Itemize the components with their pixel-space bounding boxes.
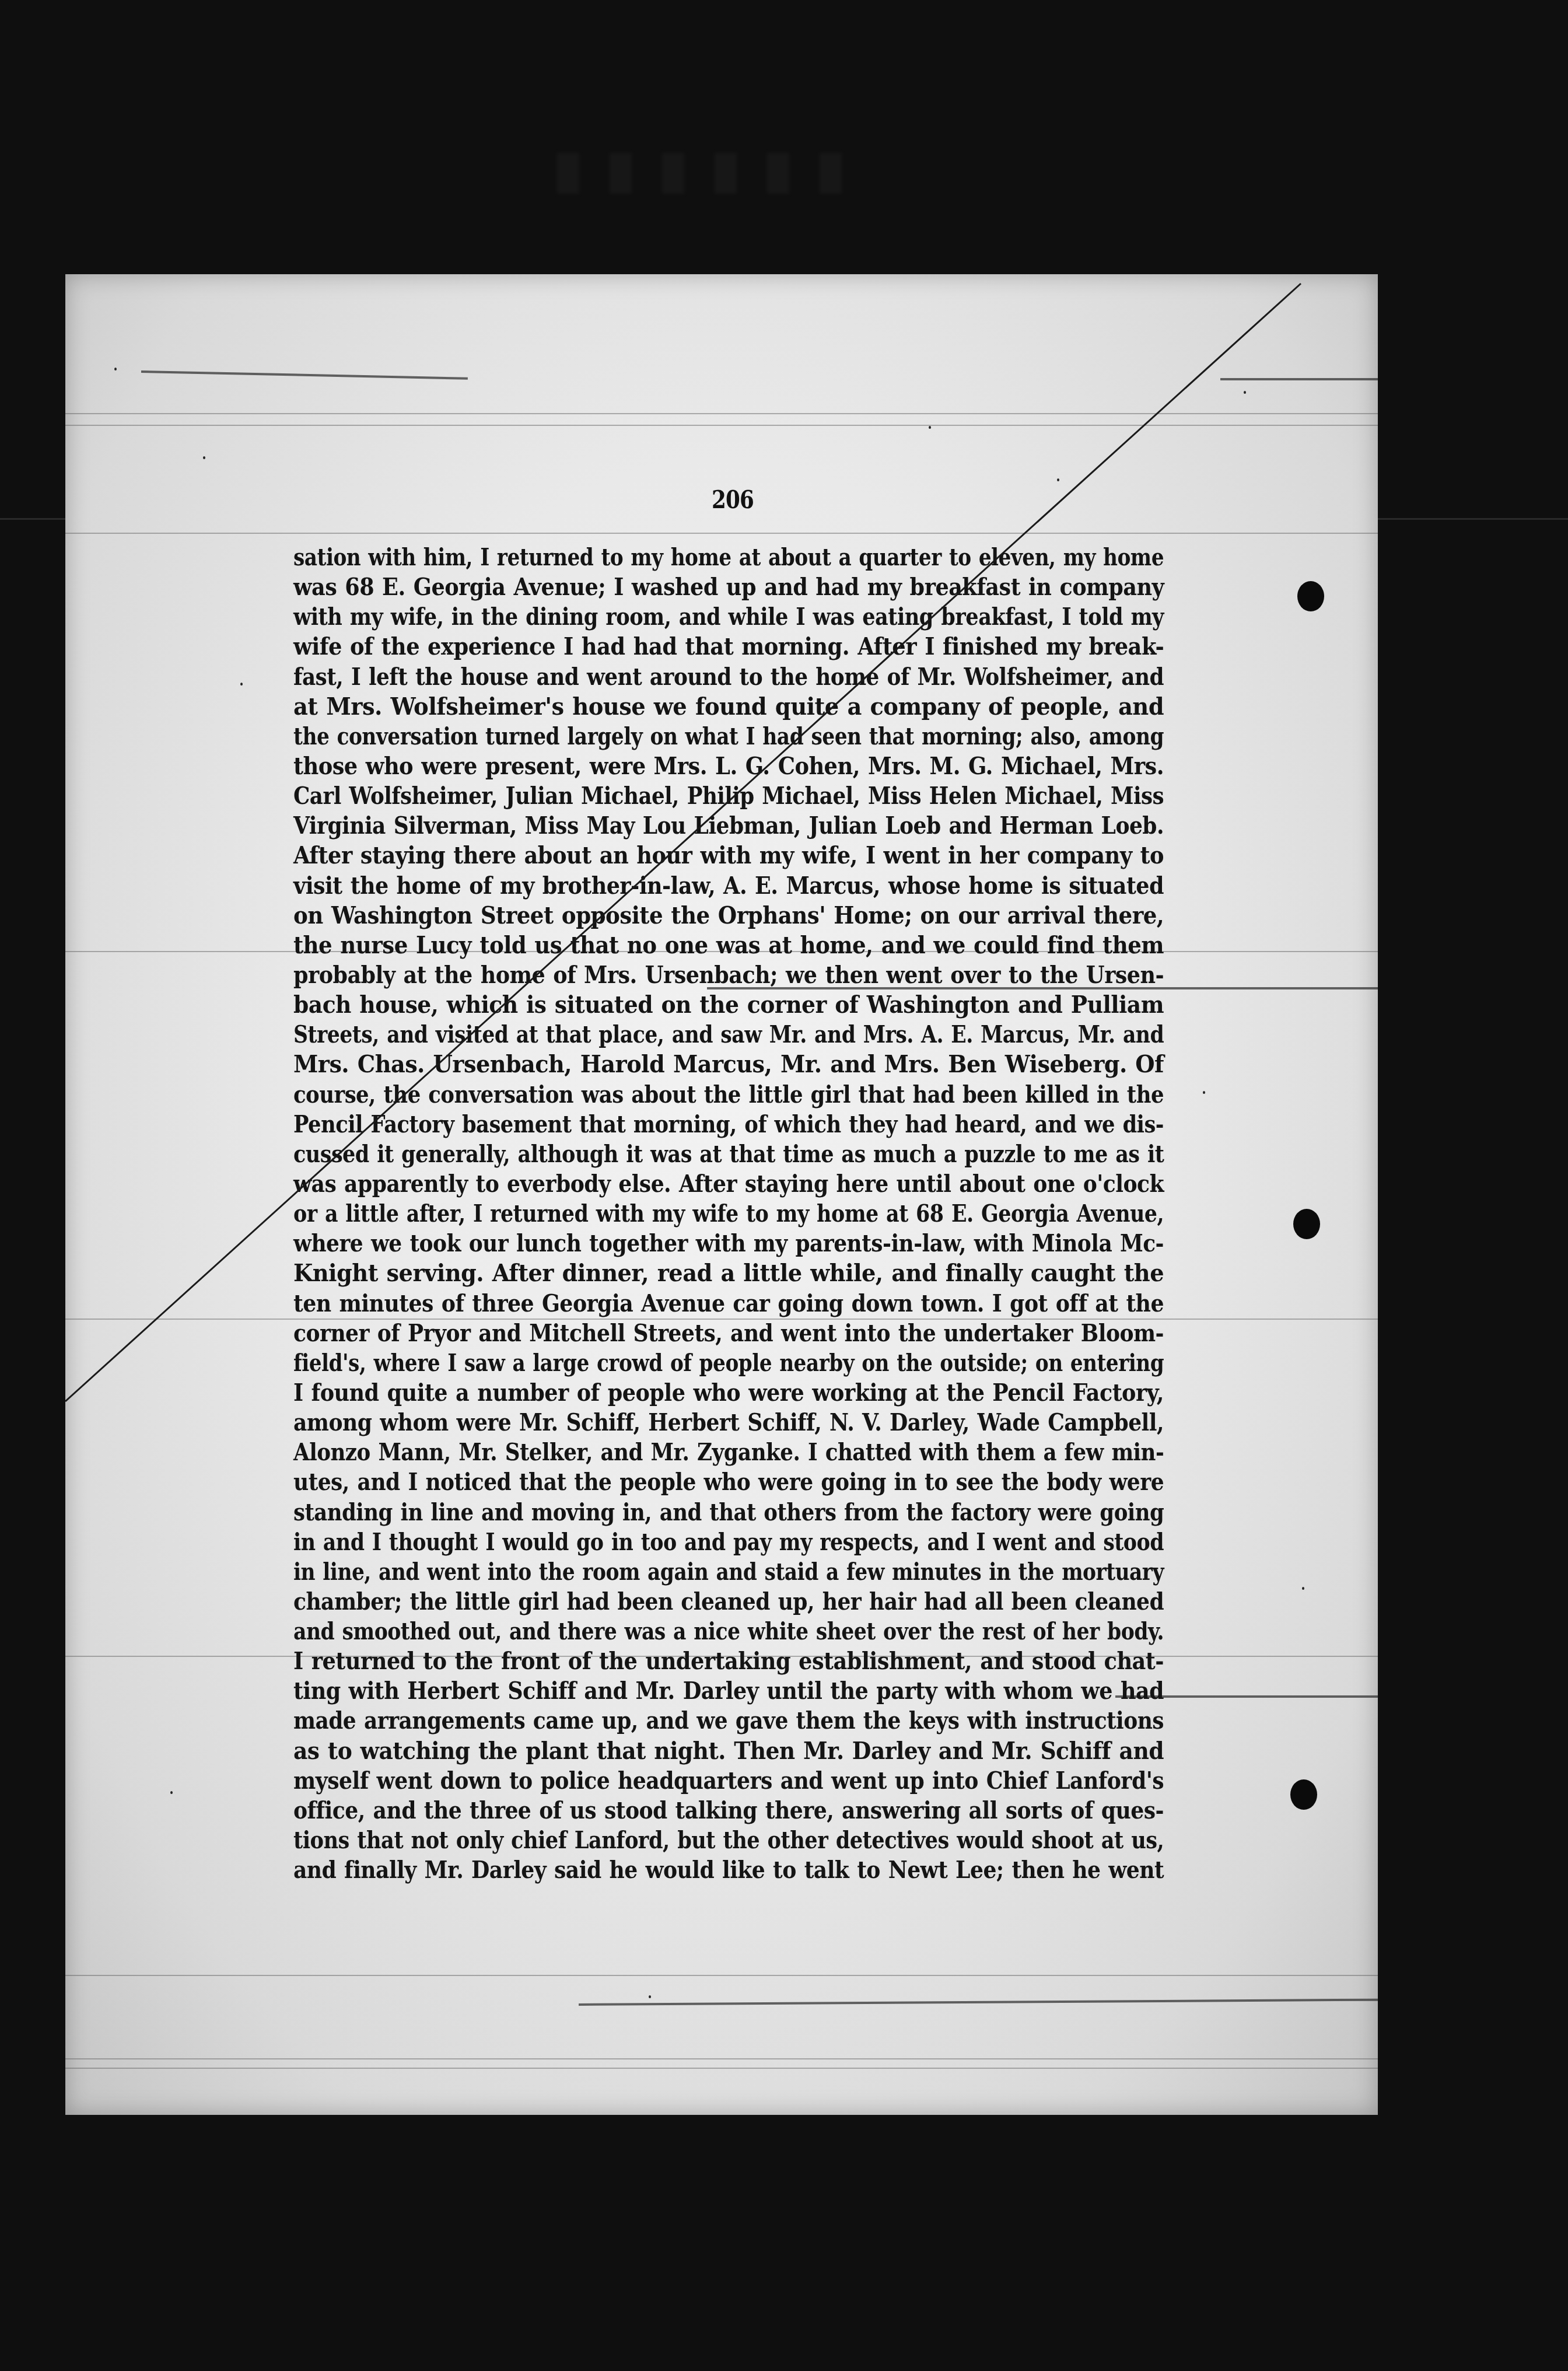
text-line: those who were present, were Mrs. L. G. … bbox=[293, 751, 1164, 781]
text-line: on Washington Street opposite the Orphan… bbox=[293, 901, 1164, 931]
text-line: as to watching the plant that night. The… bbox=[293, 1736, 1164, 1766]
text-line: or a little after, I returned with my wi… bbox=[293, 1199, 1164, 1229]
text-line: chamber; the little girl had been cleane… bbox=[293, 1587, 1164, 1617]
film-scratch bbox=[1378, 518, 1568, 520]
body-text: sation with him, I returned to my home a… bbox=[293, 543, 1164, 1885]
scan-artifact-line bbox=[65, 1975, 1378, 1976]
scan-artifact-line bbox=[65, 533, 1378, 534]
text-line: bach house, which is situated on the cor… bbox=[293, 990, 1164, 1020]
dust-speck bbox=[203, 456, 205, 459]
text-line: among whom were Mr. Schiff, Herbert Schi… bbox=[293, 1408, 1164, 1438]
text-line: utes, and I noticed that the people who … bbox=[293, 1467, 1164, 1497]
document-page: 206 sation with him, I returned to my ho… bbox=[65, 274, 1378, 2115]
text-line: cussed it generally, although it was at … bbox=[293, 1139, 1164, 1169]
dust-speck bbox=[1203, 1091, 1205, 1094]
scan-artifact-line bbox=[65, 2068, 1378, 2069]
text-line: probably at the home of Mrs. Ursenbach; … bbox=[293, 960, 1164, 990]
text-line: the conversation turned largely on what … bbox=[293, 722, 1164, 751]
text-line: in line, and went into the room again an… bbox=[293, 1557, 1164, 1587]
text-line: in and I thought I would go in too and p… bbox=[293, 1527, 1164, 1557]
page-number: 206 bbox=[712, 485, 754, 514]
dust-speck bbox=[1244, 391, 1246, 394]
dust-speck bbox=[649, 1995, 651, 1998]
dust-speck bbox=[1302, 1587, 1304, 1590]
text-line: visit the home of my brother-in-law, A. … bbox=[293, 871, 1164, 901]
scan-artifact-line bbox=[1220, 378, 1378, 380]
text-line: at Mrs. Wolfsheimer's house we found qui… bbox=[293, 692, 1164, 722]
film-scratch bbox=[0, 518, 65, 520]
text-line: ting with Herbert Schiff and Mr. Darley … bbox=[293, 1676, 1164, 1706]
text-line: ten minutes of three Georgia Avenue car … bbox=[293, 1289, 1164, 1319]
text-line: Pencil Factory basement that morning, of… bbox=[293, 1110, 1164, 1139]
text-line: office, and the three of us stood talkin… bbox=[293, 1796, 1164, 1826]
dust-speck bbox=[929, 426, 931, 429]
punch-hole bbox=[1293, 1209, 1320, 1239]
scan-artifact-line bbox=[579, 1999, 1378, 2006]
text-line: was 68 E. Georgia Avenue; I washed up an… bbox=[293, 572, 1164, 602]
text-line: with my wife, in the dining room, and wh… bbox=[293, 602, 1164, 632]
dust-speck bbox=[1057, 478, 1059, 481]
text-line: Carl Wolfsheimer, Julian Michael, Philip… bbox=[293, 781, 1164, 811]
text-line: field's, where I saw a large crowd of pe… bbox=[293, 1348, 1164, 1378]
dust-speck bbox=[240, 683, 243, 686]
text-line: I found quite a number of people who wer… bbox=[293, 1378, 1164, 1408]
text-line: fast, I left the house and went around t… bbox=[293, 662, 1164, 692]
text-line: course, the conversation was about the l… bbox=[293, 1080, 1164, 1110]
text-line: corner of Pryor and Mitchell Streets, an… bbox=[293, 1319, 1164, 1348]
scan-artifact-line bbox=[65, 425, 1378, 426]
text-line: Alonzo Mann, Mr. Stelker, and Mr. Zygank… bbox=[293, 1438, 1164, 1467]
text-line: Knight serving. After dinner, read a lit… bbox=[293, 1258, 1164, 1288]
text-line: standing in line and moving in, and that… bbox=[293, 1498, 1164, 1527]
text-line: Virginia Silverman, Miss May Lou Liebman… bbox=[293, 811, 1164, 841]
scan-artifact-line bbox=[65, 2058, 1378, 2059]
text-line: myself went down to police headquarters … bbox=[293, 1766, 1164, 1796]
text-line: I returned to the front of the undertaki… bbox=[293, 1646, 1164, 1676]
text-line: sation with him, I returned to my home a… bbox=[293, 543, 1164, 572]
scan-artifact-line bbox=[65, 413, 1378, 414]
text-line: the nurse Lucy told us that no one was a… bbox=[293, 931, 1164, 960]
text-line: Streets, and visited at that place, and … bbox=[293, 1020, 1164, 1050]
text-line: made arrangements came up, and we gave t… bbox=[293, 1706, 1164, 1736]
text-line: Mrs. Chas. Ursenbach, Harold Marcus, Mr.… bbox=[293, 1050, 1164, 1079]
text-line: wife of the experience I had had that mo… bbox=[293, 632, 1164, 662]
text-line: and finally Mr. Darley said he would lik… bbox=[293, 1855, 1164, 1885]
text-line: was apparently to everbody else. After s… bbox=[293, 1169, 1164, 1199]
film-border-ghost-artifact bbox=[557, 153, 860, 194]
text-line: where we took our lunch together with my… bbox=[293, 1229, 1164, 1258]
dust-speck bbox=[170, 1791, 173, 1794]
text-line: tions that not only chief Lanford, but t… bbox=[293, 1826, 1164, 1855]
text-line: After staying there about an hour with m… bbox=[293, 841, 1164, 870]
dust-speck bbox=[114, 368, 117, 370]
text-line: and smoothed out, and there was a nice w… bbox=[293, 1617, 1164, 1646]
scan-artifact-line bbox=[141, 370, 468, 380]
punch-hole bbox=[1297, 581, 1324, 611]
punch-hole bbox=[1290, 1779, 1317, 1810]
